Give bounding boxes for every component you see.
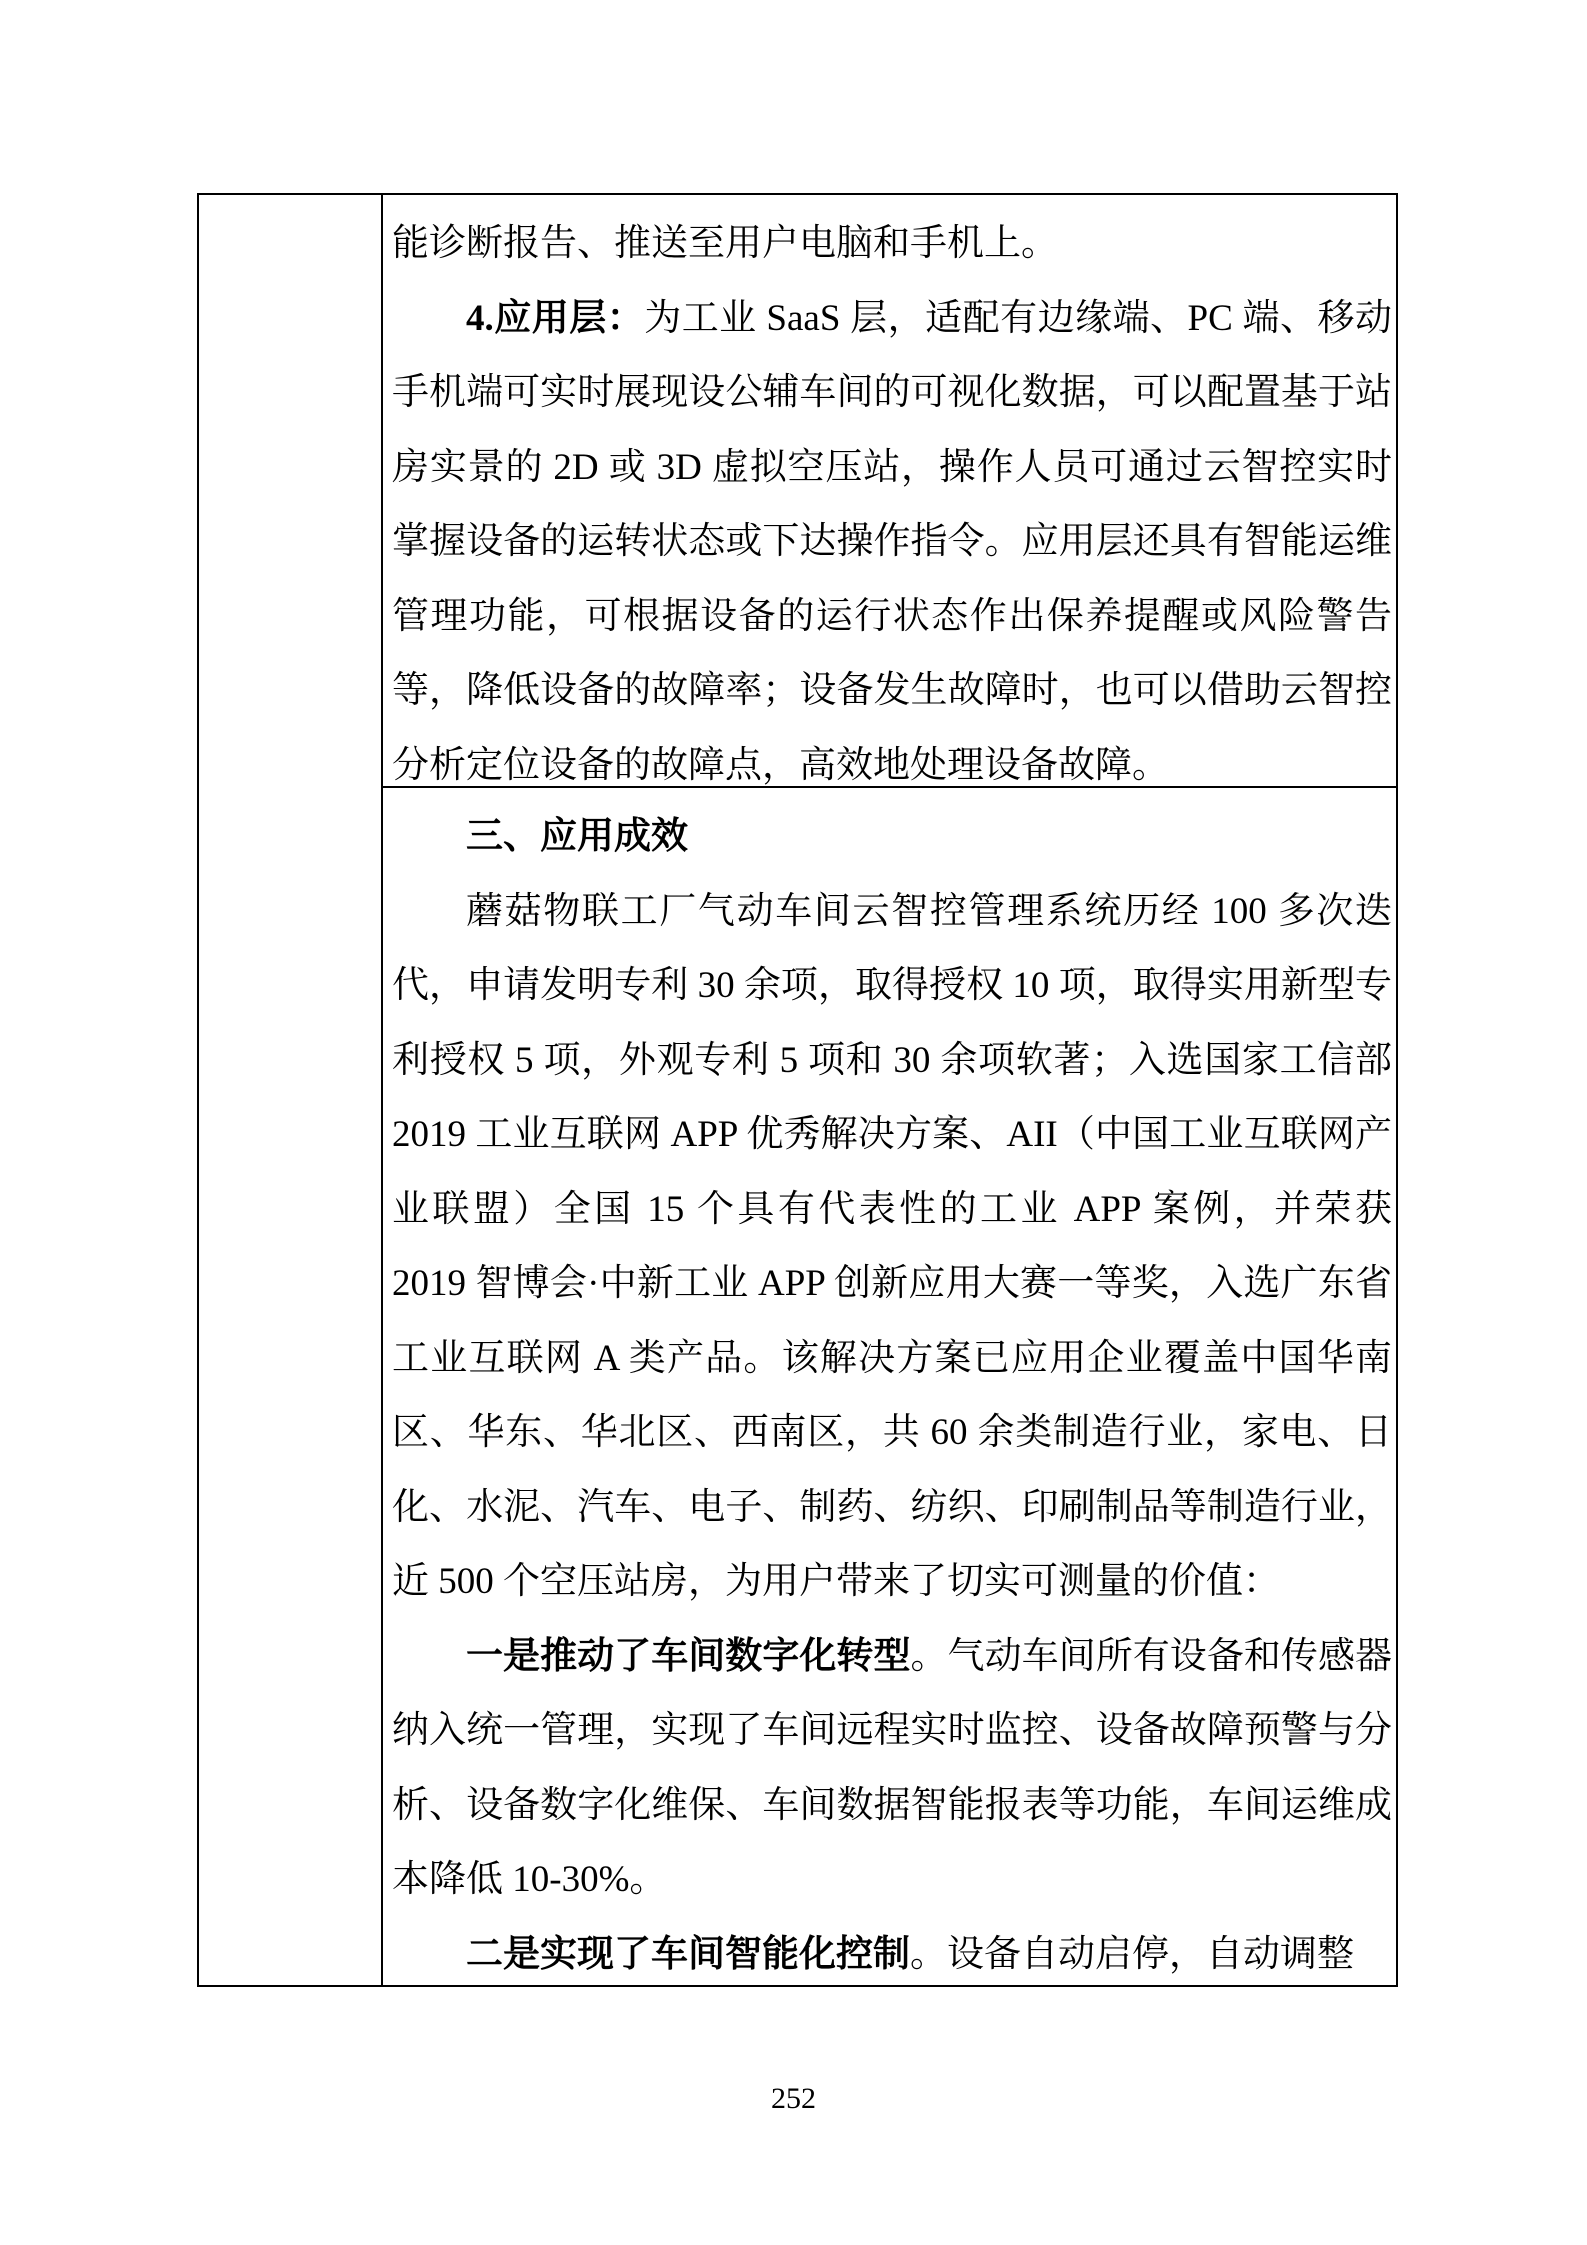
bold-text-segment: 4.应用层： (466, 298, 644, 339)
paragraph: 二是实现了车间智能化控制。设备自动启停，自动调整 (392, 1918, 1392, 1986)
text-segment: 。设备自动启停，自动调整 (910, 1934, 1354, 1975)
paragraph: 4.应用层：为工业 SaaS 层，适配有边缘端、PC 端、移动手机端可实时展现设… (392, 282, 1392, 789)
table-left-column-cell (199, 195, 383, 1985)
text-segment: 能诊断报告、推送至用户电脑和手机上。 (392, 223, 1058, 264)
paragraph: 三、应用成效 (392, 800, 1392, 875)
bold-text-segment: 一是推动了车间数字化转型 (466, 1636, 911, 1677)
table-right-column: 能诊断报告、推送至用户电脑和手机上。4.应用层：为工业 SaaS 层，适配有边缘… (383, 195, 1396, 1985)
table-cell-application-results: 三、应用成效蘑菇物联工厂气动车间云智控管理系统历经 100 多次迭代，申请发明专… (383, 788, 1396, 1985)
bold-text-segment: 三、应用成效 (466, 816, 688, 857)
paragraph: 蘑菇物联工厂气动车间云智控管理系统历经 100 多次迭代，申请发明专利 30 余… (392, 875, 1392, 1620)
table-cell-application-layer: 能诊断报告、推送至用户电脑和手机上。4.应用层：为工业 SaaS 层，适配有边缘… (383, 195, 1396, 788)
bold-text-segment: 二是实现了车间智能化控制 (466, 1934, 910, 1975)
paragraph: 一是推动了车间数字化转型。气动车间所有设备和传感器纳入统一管理，实现了车间远程实… (392, 1620, 1392, 1918)
paragraph: 能诊断报告、推送至用户电脑和手机上。 (392, 207, 1392, 282)
page-number: 252 (0, 2083, 1587, 2115)
document-table: 能诊断报告、推送至用户电脑和手机上。4.应用层：为工业 SaaS 层，适配有边缘… (197, 193, 1398, 1987)
document-page: { "page": { "number": "252", "background… (0, 0, 1587, 2245)
text-segment: 为工业 SaaS 层，适配有边缘端、PC 端、移动手机端可实时展现设公辅车间的可… (392, 298, 1392, 786)
text-segment: 蘑菇物联工厂气动车间云智控管理系统历经 100 多次迭代，申请发明专利 30 余… (392, 891, 1392, 1603)
